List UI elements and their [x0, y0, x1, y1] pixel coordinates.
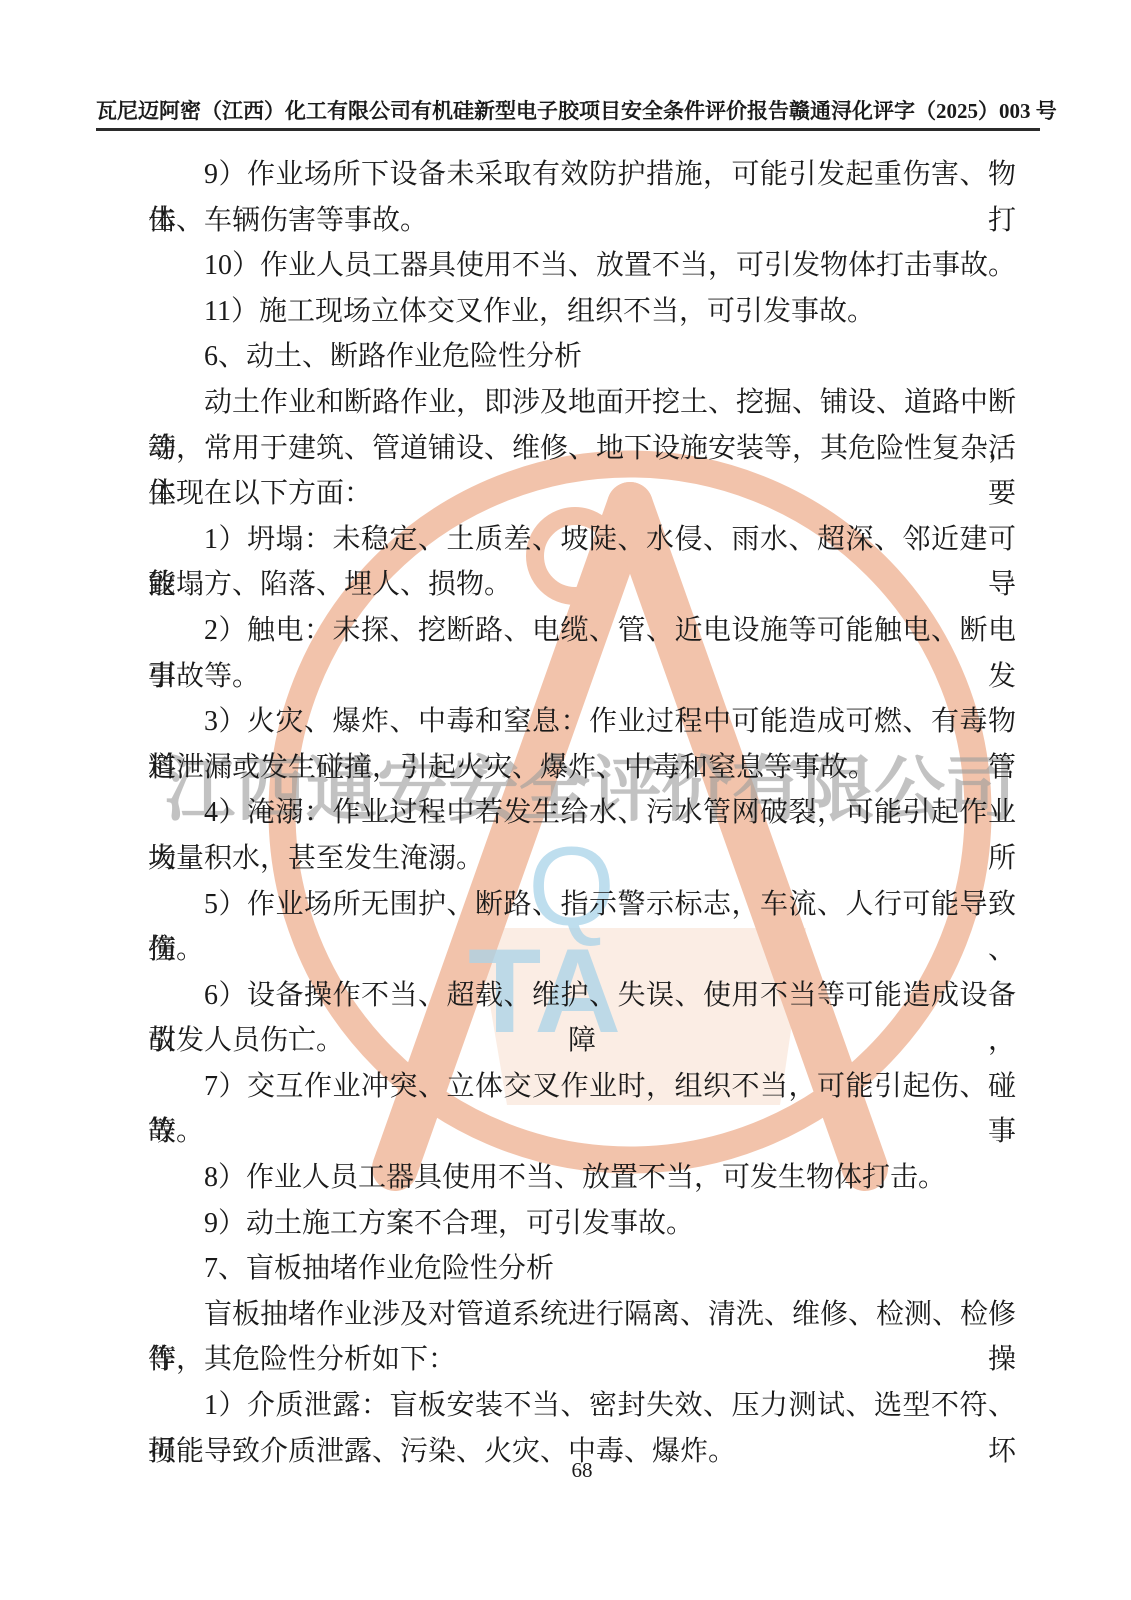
body-line: 6、动土、断路作业危险性分析	[148, 334, 1016, 380]
body-line: 3）火灾、爆炸、中毒和窒息：作业过程中可能造成可燃、有毒物料管	[148, 699, 1016, 745]
body-line: 1）介质泄露：盲板安装不当、密封失效、压力测试、选型不符、损坏	[148, 1383, 1016, 1429]
body-line: 9）作业场所下设备未采取有效防护措施，可能引发起重伤害、物体打	[148, 152, 1016, 198]
body-line: 7）交互作业冲突、立体交叉作业时，组织不当，可能引起伤、碰等事	[148, 1064, 1016, 1110]
body-line: 2）触电：未探、挖断路、电缆、管、近电设施等可能触电、断电引发	[148, 608, 1016, 654]
body-line: 1）坍塌：未稳定、土质差、坡陡、水侵、雨水、超深、邻近建可能导	[148, 517, 1016, 563]
body-line: 6）设备操作不当、超载、维护、失误、使用不当等可能造成设备故障，	[148, 973, 1016, 1019]
body-text: 9）作业场所下设备未采取有效防护措施，可能引发起重伤害、物体打击、车辆伤害等事故…	[148, 152, 1016, 1474]
document-page: Q TA 江西通安安全评价有限公司 瓦尼迈阿密（江西）化工有限公司有机硅新型电子…	[0, 0, 1131, 1600]
body-line: 7、盲板抽堵作业危险性分析	[148, 1246, 1016, 1292]
header-document-number: 赣通浔化评字（2025）003 号	[789, 98, 1057, 124]
body-line: 动土作业和断路作业，即涉及地面开挖土、挖掘、铺设、道路中断等活	[148, 380, 1016, 426]
body-line: 4）淹溺：作业过程中若发生给水、污水管网破裂，可能引起作业场所	[148, 790, 1016, 836]
body-line: 11）施工现场立体交叉作业，组织不当，可引发事故。	[148, 289, 1016, 335]
body-line: 5）作业场所无围护、断路、指示警示标志，车流、人行可能导致撞、	[148, 882, 1016, 928]
page-footer: 68	[148, 1458, 1016, 1483]
header-report-title: 瓦尼迈阿密（江西）化工有限公司有机硅新型电子胶项目安全条件评价报告	[96, 98, 789, 124]
body-line: 8）作业人员工器具使用不当、放置不当，可发生物体打击。	[148, 1155, 1016, 1201]
page-number: 68	[572, 1458, 593, 1482]
body-line: 9）动土施工方案不合理，可引发事故。	[148, 1201, 1016, 1247]
body-line: 盲板抽堵作业涉及对管道系统进行隔离、清洗、维修、检测、检修等操	[148, 1292, 1016, 1338]
page-header: 瓦尼迈阿密（江西）化工有限公司有机硅新型电子胶项目安全条件评价报告 赣通浔化评字…	[96, 98, 1040, 131]
body-line: 动，常用于建筑、管道铺设、维修、地下设施安装等，其危险性复杂，主要	[148, 426, 1016, 472]
body-line: 10）作业人员工器具使用不当、放置不当，可引发物体打击事故。	[148, 243, 1016, 289]
